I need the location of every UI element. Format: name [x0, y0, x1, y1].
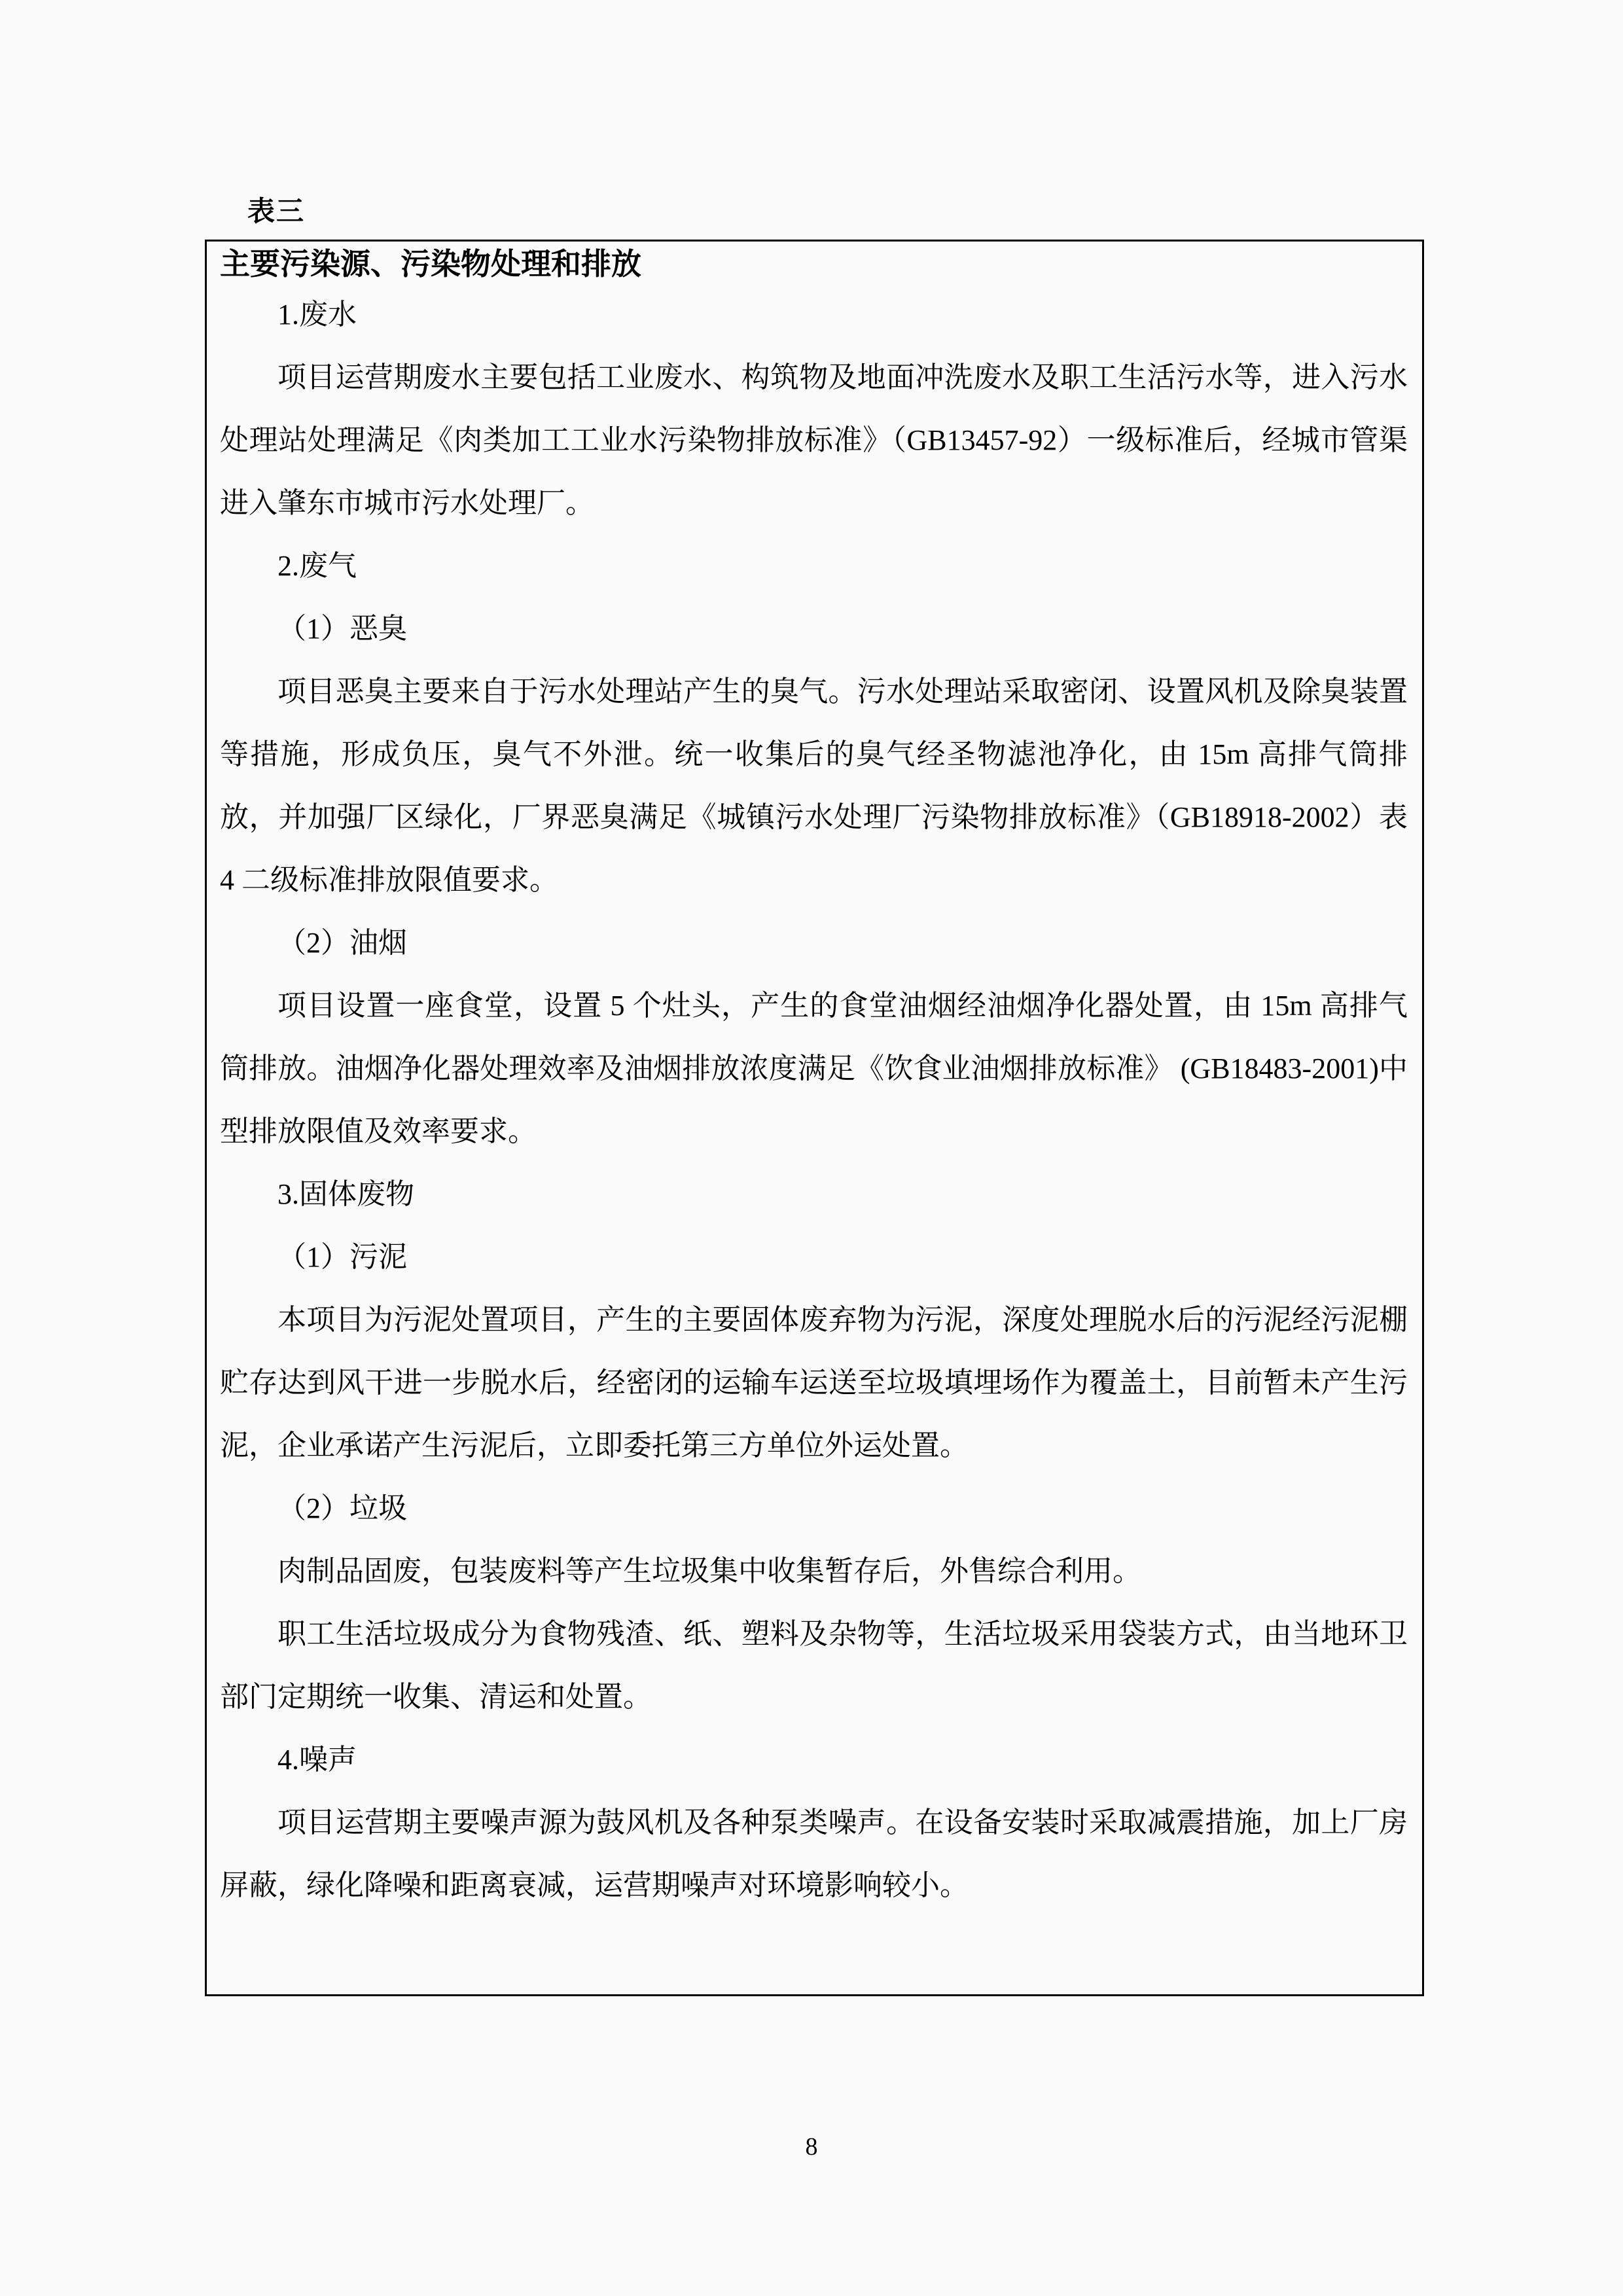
subsection-heading-fume: （2）油烟: [220, 912, 1408, 975]
page-number: 8: [0, 2132, 1623, 2161]
section-heading-wastewater: 1.废水: [220, 283, 1408, 346]
table-title: 主要污染源、污染物处理和排放: [220, 245, 1408, 283]
body-paragraph-garbage-domestic: 职工生活垃圾成分为食物残渣、纸、塑料及杂物等，生活垃圾采用袋装方式，由当地环卫部…: [220, 1603, 1408, 1729]
body-paragraph-noise: 项目运营期主要噪声源为鼓风机及各种泵类噪声。在设备安装时采取减震措施，加上厂房屏…: [220, 1791, 1408, 1917]
subsection-heading-sludge: （1）污泥: [220, 1226, 1408, 1289]
subsection-heading-odor: （1）恶臭: [220, 598, 1408, 660]
section-heading-solid-waste: 3.固体废物: [220, 1163, 1408, 1226]
body-paragraph-garbage-solid: 肉制品固废，包装废料等产生垃圾集中收集暂存后，外售综合利用。: [220, 1540, 1408, 1603]
section-heading-waste-gas: 2.废气: [220, 535, 1408, 598]
body-paragraph-sludge: 本项目为污泥处置项目，产生的主要固体废弃物为污泥，深度处理脱水后的污泥经污泥棚贮…: [220, 1289, 1408, 1477]
pollution-source-table: 主要污染源、污染物处理和排放 1.废水 项目运营期废水主要包括工业废水、构筑物及…: [205, 240, 1424, 1996]
table-label: 表三: [247, 196, 305, 228]
section-heading-noise: 4.噪声: [220, 1729, 1408, 1791]
body-paragraph-wastewater: 项目运营期废水主要包括工业废水、构筑物及地面冲洗废水及职工生活污水等，进入污水处…: [220, 346, 1408, 535]
document-page: 表三 主要污染源、污染物处理和排放 1.废水 项目运营期废水主要包括工业废水、构…: [0, 0, 1623, 2296]
subsection-heading-garbage: （2）垃圾: [220, 1477, 1408, 1540]
body-paragraph-fume: 项目设置一座食堂，设置 5 个灶头，产生的食堂油烟经油烟净化器处置，由 15m …: [220, 975, 1408, 1163]
body-paragraph-odor: 项目恶臭主要来自于污水处理站产生的臭气。污水处理站采取密闭、设置风机及除臭装置等…: [220, 660, 1408, 912]
